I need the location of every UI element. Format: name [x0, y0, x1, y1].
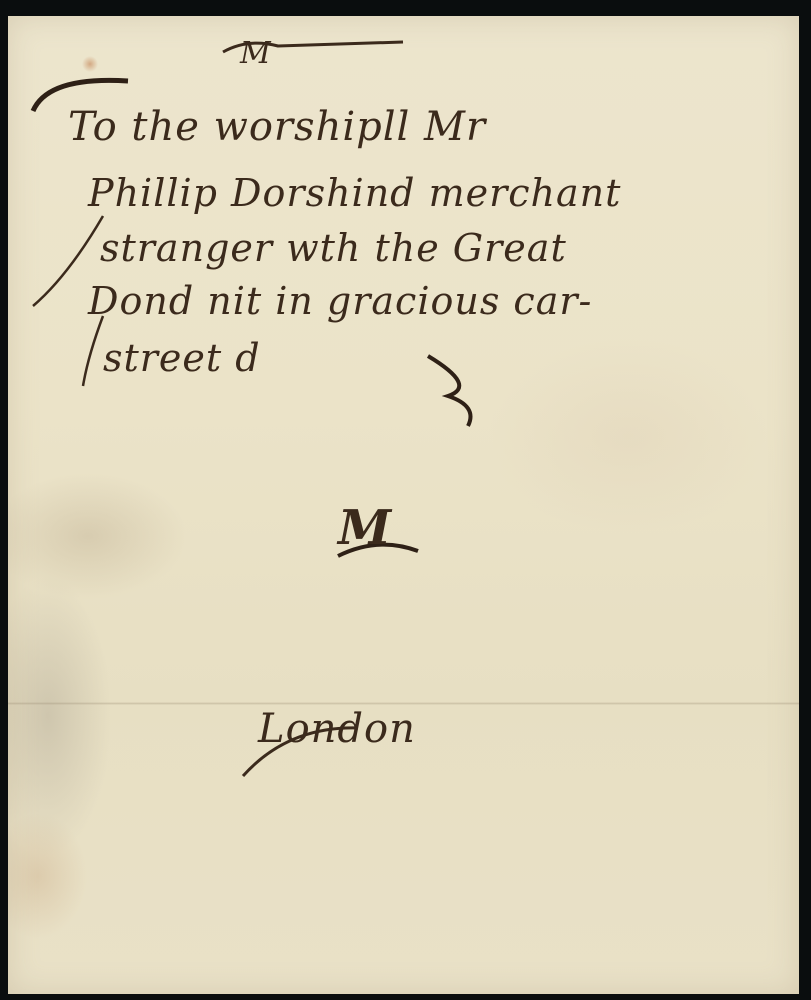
monogram-mark: M — [338, 500, 392, 556]
address-line-5: street d — [103, 336, 261, 380]
address-line-1: To the worshipll Mr — [68, 104, 486, 150]
address-line-3: stranger wth the Great — [100, 226, 567, 270]
pen-flourishes — [8, 16, 799, 994]
letter-paper: M To the worshipll Mr Phillip Dorshind m… — [8, 16, 799, 994]
destination-city: London — [258, 706, 416, 752]
address-line-2: Phillip Dorshind merchant — [88, 171, 621, 215]
address-line-4: Dond nit in gracious car- — [88, 279, 592, 323]
top-mark: M — [240, 36, 272, 71]
